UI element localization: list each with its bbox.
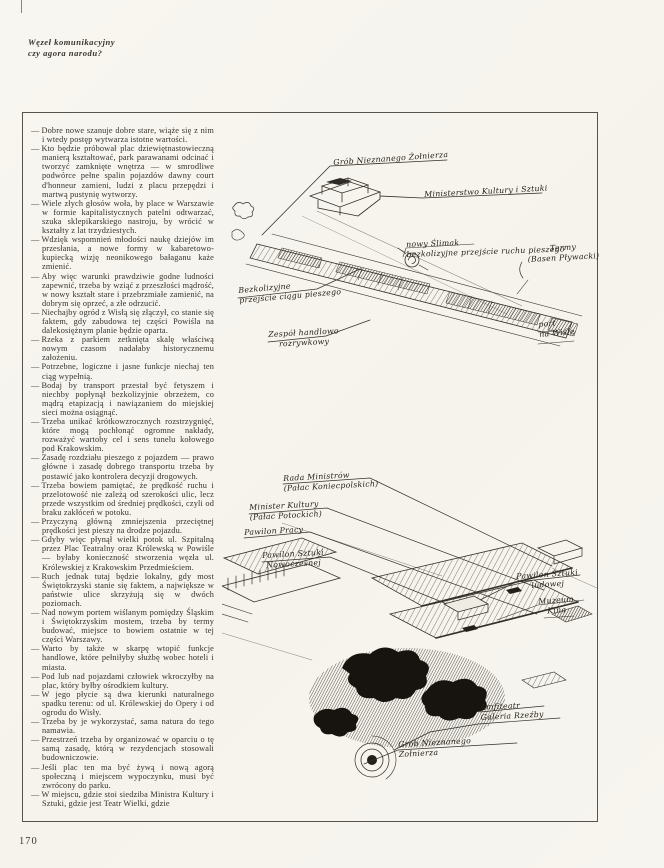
- article-title-line1: Węzeł komunikacyjny: [28, 37, 115, 48]
- bullet-item: —W miejscu, gdzie stoi siedziba Ministra…: [31, 790, 214, 808]
- bullet-text: Trzeba by je wykorzystać, sama natura do…: [41, 717, 214, 735]
- bullet-text: Rzeka z parkiem zetknięta skalę właściwą…: [41, 335, 214, 362]
- article-bullets: —Dobre nowe szanuje dobre stare, wiąże s…: [31, 126, 214, 808]
- bullet-text: Kto będzie próbował plac dziewiętnastowi…: [41, 144, 214, 198]
- bullet-text: Warto by także w skarpę wtopić funkcje h…: [41, 644, 214, 671]
- bullet-dash: —: [31, 199, 41, 208]
- bullet-text: Zasadę rozdziału pieszego z pojazdem — p…: [41, 453, 214, 480]
- bullet-dash: —: [31, 144, 41, 153]
- bullet-text: Pod lub nad pojazdami człowiek wkroczyłb…: [41, 672, 214, 690]
- bullet-dash: —: [31, 417, 41, 426]
- sketch-bottom-lines: [222, 478, 597, 779]
- bullet-dash: —: [31, 690, 41, 699]
- bullet-item: —Wiele złych głosów woła, by place w War…: [31, 199, 214, 235]
- bullet-item: —Ruch jednak tutaj będzie lokalny, gdy m…: [31, 572, 214, 608]
- scan-corner-mark: [21, 0, 22, 13]
- bullet-text: Wdzięk wspomnień młodości naukę dziejów …: [41, 235, 214, 271]
- bullet-text: Wiele złych głosów woła, by place w Wars…: [41, 199, 214, 235]
- bullet-item: —Trzeba bowiem pamiętać, że prędkość ruc…: [31, 481, 214, 517]
- bullet-dash: —: [31, 717, 41, 726]
- bullet-text: Trzeba bowiem pamiętać, że prędkość ruch…: [41, 481, 214, 517]
- bullet-item: —Bodaj by transport przestał być fetysze…: [31, 381, 214, 417]
- bullet-text: Potrzebne, logiczne i jasne funkcje niec…: [41, 362, 214, 380]
- bullet-dash: —: [31, 735, 41, 744]
- bullet-dash: —: [31, 517, 41, 526]
- bullet-dash: —: [31, 453, 41, 462]
- bullet-text: Aby więc warunki prawdziwie godne ludnoś…: [41, 272, 214, 308]
- bullet-item: —Warto by także w skarpę wtopić funkcje …: [31, 644, 214, 671]
- bullet-text: Dobre nowe szanuje dobre stare, wiąże si…: [41, 126, 214, 144]
- bullet-item: —Niechajby ogród z Wisłą się złączył, co…: [31, 308, 214, 335]
- sketch-bottom-drawing: [222, 428, 600, 813]
- bullet-item: —Przestrzeń trzeba by organizować w opar…: [31, 735, 214, 762]
- bullet-dash: —: [31, 535, 41, 544]
- bullet-text: Trzeba unikać krótkowzrocznych rozstrzyg…: [41, 417, 214, 453]
- bullet-text: W miejscu, gdzie stoi siedziba Ministra …: [41, 790, 214, 808]
- bullet-item: —Wdzięk wspomnień młodości naukę dziejów…: [31, 235, 214, 271]
- bullet-item: —Trzeba by je wykorzystać, sama natura d…: [31, 717, 214, 735]
- bullet-item: —Gdyby więc płynął wielki potok ul. Szpi…: [31, 535, 214, 571]
- bullet-item: —Aby więc warunki prawdziwie godne ludno…: [31, 272, 214, 308]
- bullet-item: —W jego płycie są dwa kierunki naturalne…: [31, 690, 214, 717]
- bullet-dash: —: [31, 308, 41, 317]
- bullet-dash: —: [31, 572, 41, 581]
- bullet-dash: —: [31, 235, 41, 244]
- bullet-item: —Jeśli plac ten ma być żywą i nową agorą…: [31, 763, 214, 790]
- bullet-dash: —: [31, 126, 41, 135]
- bullet-dash: —: [31, 763, 41, 772]
- bullet-dash: —: [31, 362, 41, 371]
- bullet-item: —Potrzebne, logiczne i jasne funkcje nie…: [31, 362, 214, 380]
- bullet-dash: —: [31, 272, 41, 281]
- bullet-text: W jego płycie są dwa kierunki naturalneg…: [41, 690, 214, 717]
- bullet-item: —Trzeba unikać krótkowzrocznych rozstrzy…: [31, 417, 214, 453]
- bullet-text: Ruch jednak tutaj będzie lokalny, gdy mo…: [41, 572, 214, 608]
- sketch-top-drawing: [222, 136, 600, 404]
- article-title: Węzeł komunikacyjny czy agora narodu?: [28, 37, 115, 58]
- bullet-text: Bodaj by transport przestał być fetyszem…: [41, 381, 214, 417]
- bullet-item: —Nad nowym portem wiślanym pomiędzy Śląs…: [31, 608, 214, 644]
- bullet-text: Przyczyną główną zmniejszenia przeciętne…: [41, 517, 214, 535]
- bullet-text: Jeśli plac ten ma być żywą i nową agorą …: [41, 763, 214, 790]
- bullet-text: Nad nowym portem wiślanym pomiędzy Śląsk…: [41, 608, 214, 644]
- bullet-dash: —: [31, 644, 41, 653]
- bullet-item: —Rzeka z parkiem zetknięta skalę właściw…: [31, 335, 214, 362]
- bullet-item: —Zasadę rozdziału pieszego z pojazdem — …: [31, 453, 214, 480]
- bullet-dash: —: [31, 608, 41, 617]
- bullet-dash: —: [31, 790, 41, 799]
- bullet-dash: —: [31, 381, 41, 390]
- bullet-text: Gdyby więc płynął wielki potok ul. Szpit…: [41, 535, 214, 571]
- bullet-dash: —: [31, 481, 41, 490]
- bullet-item: —Dobre nowe szanuje dobre stare, wiąże s…: [31, 126, 214, 144]
- bullet-text: Przestrzeń trzeba by organizować w oparc…: [41, 735, 214, 762]
- article-title-line2: czy agora narodu?: [28, 48, 115, 59]
- sketch-top-lines: [232, 160, 582, 346]
- bullet-dash: —: [31, 672, 41, 681]
- bullet-item: —Przyczyną główną zmniejszenia przeciętn…: [31, 517, 214, 535]
- page-number: 170: [19, 836, 38, 847]
- bullet-dash: —: [31, 335, 41, 344]
- bullet-text: Niechajby ogród z Wisłą się złączył, co …: [41, 308, 214, 335]
- bullet-item: —Pod lub nad pojazdami człowiek wkroczył…: [31, 672, 214, 690]
- bullet-item: —Kto będzie próbował plac dziewiętnastow…: [31, 144, 214, 199]
